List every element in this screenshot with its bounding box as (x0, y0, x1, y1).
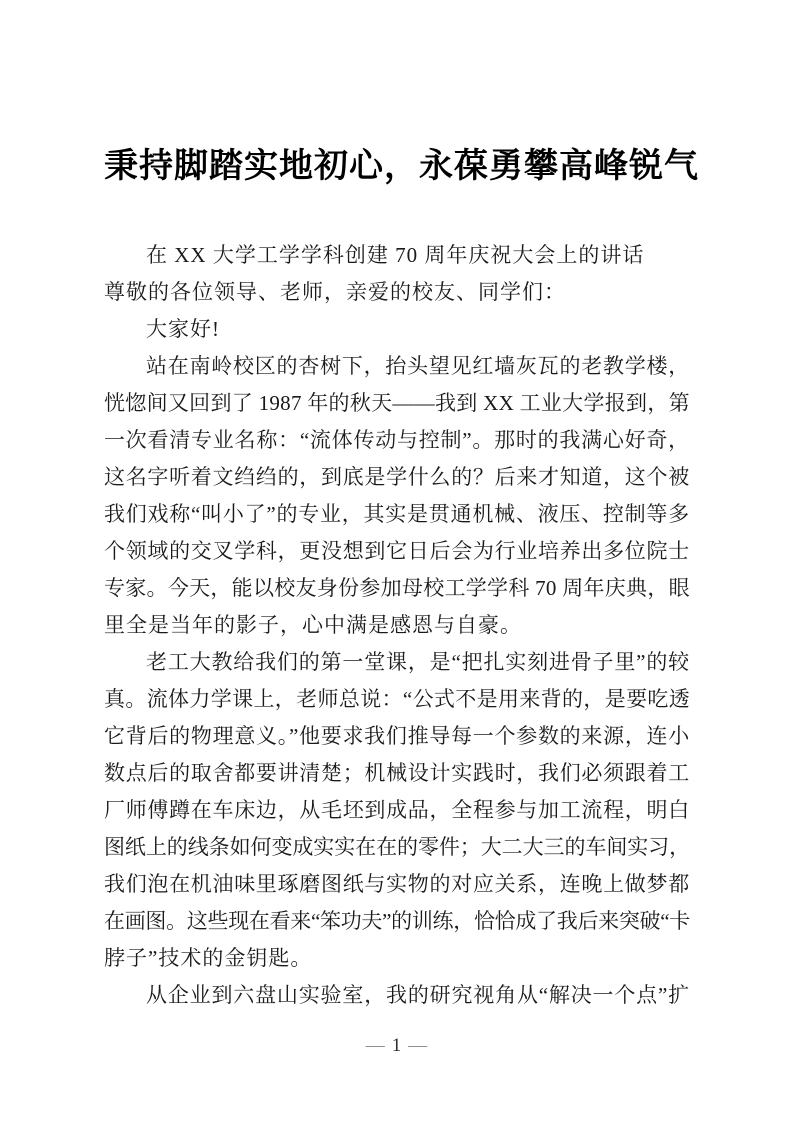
paragraph-line: 我们泡在机油味里琢磨图纸与实物的对应关系，连晚上做梦都 (104, 866, 690, 903)
paragraph-line: 一次看清专业名称：“流体传动与控制”。那时的我满心好奇， (104, 422, 690, 459)
salutation-line: 尊敬的各位领导、老师，亲爱的校友、同学们： (104, 274, 690, 311)
document-body: 在 XX 大学工学学科创建 70 周年庆祝大会上的讲话尊敬的各位领导、老师，亲爱… (104, 237, 690, 1014)
footer-dash-right: — (408, 1035, 427, 1056)
paragraph-line: 从企业到六盘山实验室，我的研究视角从“解决一个点”扩 (104, 977, 690, 1014)
paragraph-line: 我们戏称“叫小了”的专业，其实是贯通机械、液压、控制等多 (104, 496, 690, 533)
paragraph-line: 专家。今天，能以校友身份参加母校工学学科 70 周年庆典，眼 (104, 570, 690, 607)
subtitle-line: 在 XX 大学工学学科创建 70 周年庆祝大会上的讲话 (104, 237, 690, 274)
paragraph-line: 站在南岭校区的杏树下，抬头望见红墙灰瓦的老教学楼， (104, 348, 690, 385)
document-title: 秉持脚踏实地初心，永葆勇攀高峰锐气 (104, 143, 690, 190)
footer-dash-left: — (366, 1035, 385, 1056)
paragraph-line: 个领域的交叉学科，更没想到它日后会为行业培养出多位院士 (104, 533, 690, 570)
page-number: 1 (392, 1035, 402, 1056)
paragraph-line: 老工大教给我们的第一堂课，是“把扎实刻进骨子里”的较 (104, 644, 690, 681)
paragraph-line: 图纸上的线条如何变成实实在在的零件；大二大三的车间实习， (104, 829, 690, 866)
greeting-line: 大家好! (104, 311, 690, 348)
page-footer: —1— (0, 1033, 793, 1059)
paragraph-line: 脖子”技术的金钥匙。 (104, 940, 690, 977)
paragraph-line: 厂师傅蹲在车床边，从毛坯到成品，全程参与加工流程，明白 (104, 792, 690, 829)
paragraph-line: 在画图。这些现在看来“笨功夫”的训练，恰恰成了我后来突破“卡 (104, 903, 690, 940)
paragraph-line: 数点后的取舍都要讲清楚；机械设计实践时，我们必须跟着工 (104, 755, 690, 792)
paragraph-line: 这名字听着文绉绉的，到底是学什么的？后来才知道，这个被 (104, 459, 690, 496)
paragraph-line: 恍惚间又回到了 1987 年的秋天——我到 XX 工业大学报到，第 (104, 385, 690, 422)
paragraph-line: 真。流体力学课上，老师总说：“公式不是用来背的，是要吃透 (104, 681, 690, 718)
paragraph-line: 它背后的物理意义。”他要求我们推导每一个参数的来源，连小 (104, 718, 690, 755)
paragraph-line: 里全是当年的影子，心中满是感恩与自豪。 (104, 607, 690, 644)
document-page: 秉持脚踏实地初心，永葆勇攀高峰锐气 在 XX 大学工学学科创建 70 周年庆祝大… (0, 0, 793, 1122)
